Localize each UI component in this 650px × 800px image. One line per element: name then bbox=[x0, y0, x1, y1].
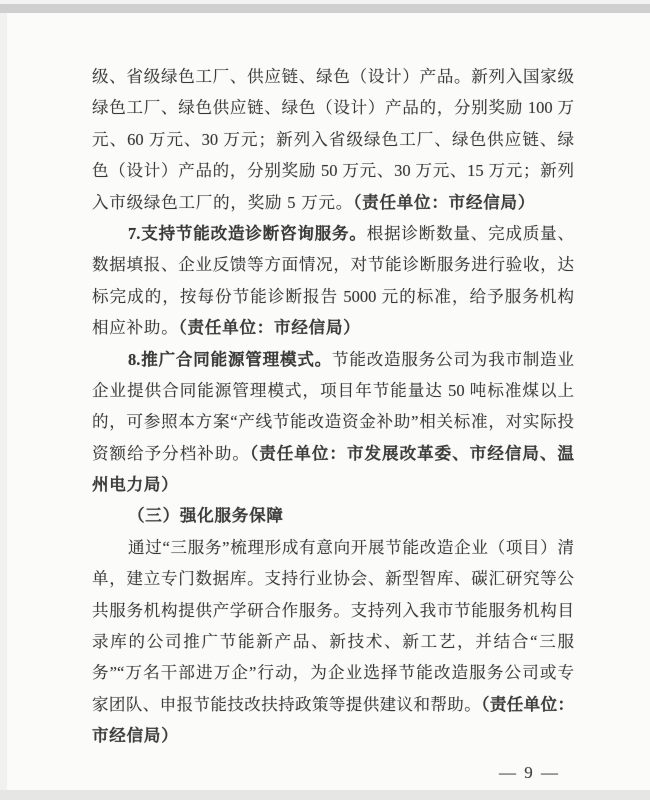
text-segment: 的，可参照本方案“产线节能改造资金补助”相关标准，对实际投 bbox=[92, 412, 574, 431]
text-line: 务”“万名干部进万企”行动，为企业选择节能改造服务公司或专 bbox=[92, 657, 574, 688]
text-segment: 单，建立专门数据库。支持行业协会、新型智库、碳汇研究等公 bbox=[92, 569, 574, 588]
text-line: 企业提供合同能源管理模式，项目年节能量达 50 吨标准煤以上 bbox=[92, 375, 574, 406]
text-line: 市经信局） bbox=[92, 720, 574, 751]
text-segment-kaibold: （三）强化服务保障 bbox=[128, 506, 284, 525]
text-segment: 根据诊断数量、完成质量、 bbox=[367, 224, 574, 243]
text-line: 相应补助。（责任单位：市经信局） bbox=[92, 312, 574, 343]
text-line: 数据填报、企业反馈等方面情况，对节能诊断服务进行验收，达 bbox=[92, 249, 574, 280]
text-segment: 共服务机构提供产学研合作服务。支持列入我市节能服务机构目 bbox=[92, 601, 574, 620]
text-line: 入市级绿色工厂的，奖励 5 万元。（责任单位：市经信局） bbox=[92, 187, 574, 218]
text-line: 资额给予分档补助。（责任单位：市发展改革委、市经信局、温 bbox=[92, 438, 574, 469]
text-line: 家团队、申报节能技改扶持政策等提供建议和帮助。（责任单位： bbox=[92, 689, 574, 720]
text-segment-kai: （责任单位：市经信局） bbox=[353, 193, 535, 212]
text-segment: 节能改造服务公司为我市制造业 bbox=[332, 350, 574, 369]
text-segment-kai: 州电力局） bbox=[92, 475, 179, 494]
text-segment: 绿色工厂、绿色供应链、绿色（设计）产品的，分别奖励 100 万 bbox=[92, 98, 574, 117]
page-number: — 9 — bbox=[92, 763, 574, 783]
text-line: 单，建立专门数据库。支持行业协会、新型智库、碳汇研究等公 bbox=[92, 563, 574, 594]
text-line: 级、省级绿色工厂、供应链、绿色（设计）产品。新列入国家级 bbox=[92, 61, 574, 92]
document-page: 级、省级绿色工厂、供应链、绿色（设计）产品。新列入国家级绿色工厂、绿色供应链、绿… bbox=[7, 13, 650, 790]
scanned-document-page: 级、省级绿色工厂、供应链、绿色（设计）产品。新列入国家级绿色工厂、绿色供应链、绿… bbox=[0, 0, 650, 800]
text-segment: 通过“三服务”梳理形成有意向开展节能改造企业（项目）清 bbox=[128, 538, 574, 557]
text-line: 标完成的，按每份节能诊断报告 5000 元的标准，给予服务机构 bbox=[92, 281, 574, 312]
text-segment: 元、60 万元、30 万元；新列入省级绿色工厂、绿色供应链、绿 bbox=[92, 130, 574, 149]
text-line: 通过“三服务”梳理形成有意向开展节能改造企业（项目）清 bbox=[92, 532, 574, 563]
text-segment: 家团队、申报节能技改扶持政策等提供建议和帮助。 bbox=[92, 695, 481, 714]
text-segment-kai: （责任单位：市经信局） bbox=[179, 318, 361, 337]
text-segment: 务”“万名干部进万企”行动，为企业选择节能改造服务公司或专 bbox=[92, 663, 574, 682]
text-segment: 标完成的，按每份节能诊断报告 5000 元的标准，给予服务机构 bbox=[92, 287, 574, 306]
text-segment: 级、省级绿色工厂、供应链、绿色（设计）产品。新列入国家级 bbox=[92, 67, 574, 86]
text-line: 色（设计）产品的，分别奖励 50 万元、30 万元、15 万元；新列 bbox=[92, 155, 574, 186]
text-segment: 相应补助。 bbox=[92, 318, 179, 337]
scan-edge-bottom-band bbox=[0, 790, 650, 800]
scan-edge-left-strip bbox=[0, 13, 7, 800]
text-line: 8.推广合同能源管理模式。节能改造服务公司为我市制造业 bbox=[92, 344, 574, 375]
text-segment-bold: 7.支持节能改造诊断咨询服务。 bbox=[128, 224, 367, 243]
text-segment: 资额给予分档补助。 bbox=[92, 444, 250, 463]
text-segment: 录库的公司推广节能新产品、新技术、新工艺，并结合“三服 bbox=[92, 632, 574, 651]
text-block: 级、省级绿色工厂、供应链、绿色（设计）产品。新列入国家级绿色工厂、绿色供应链、绿… bbox=[92, 61, 574, 752]
text-line: 元、60 万元、30 万元；新列入省级绿色工厂、绿色供应链、绿 bbox=[92, 124, 574, 155]
text-segment: 色（设计）产品的，分别奖励 50 万元、30 万元、15 万元；新列 bbox=[92, 161, 574, 180]
text-line: （三）强化服务保障 bbox=[92, 500, 574, 531]
text-line: 共服务机构提供产学研合作服务。支持列入我市节能服务机构目 bbox=[92, 595, 574, 626]
text-segment-kai: 市经信局） bbox=[92, 726, 179, 745]
text-segment-kai: （责任单位：市发展改革委、市经信局、温 bbox=[250, 444, 574, 463]
text-segment: 企业提供合同能源管理模式，项目年节能量达 50 吨标准煤以上 bbox=[92, 381, 574, 400]
scan-edge-top-band bbox=[0, 4, 650, 13]
text-line: 7.支持节能改造诊断咨询服务。根据诊断数量、完成质量、 bbox=[92, 218, 574, 249]
text-line: 绿色工厂、绿色供应链、绿色（设计）产品的，分别奖励 100 万 bbox=[92, 92, 574, 123]
text-line: 州电力局） bbox=[92, 469, 574, 500]
text-segment: 数据填报、企业反馈等方面情况，对节能诊断服务进行验收，达 bbox=[92, 255, 574, 274]
text-segment-bold: 8.推广合同能源管理模式。 bbox=[128, 350, 332, 369]
text-line: 的，可参照本方案“产线节能改造资金补助”相关标准，对实际投 bbox=[92, 406, 574, 437]
text-segment: 入市级绿色工厂的，奖励 5 万元。 bbox=[92, 193, 353, 212]
text-segment-kai: （责任单位： bbox=[481, 695, 574, 714]
text-line: 录库的公司推广节能新产品、新技术、新工艺，并结合“三服 bbox=[92, 626, 574, 657]
